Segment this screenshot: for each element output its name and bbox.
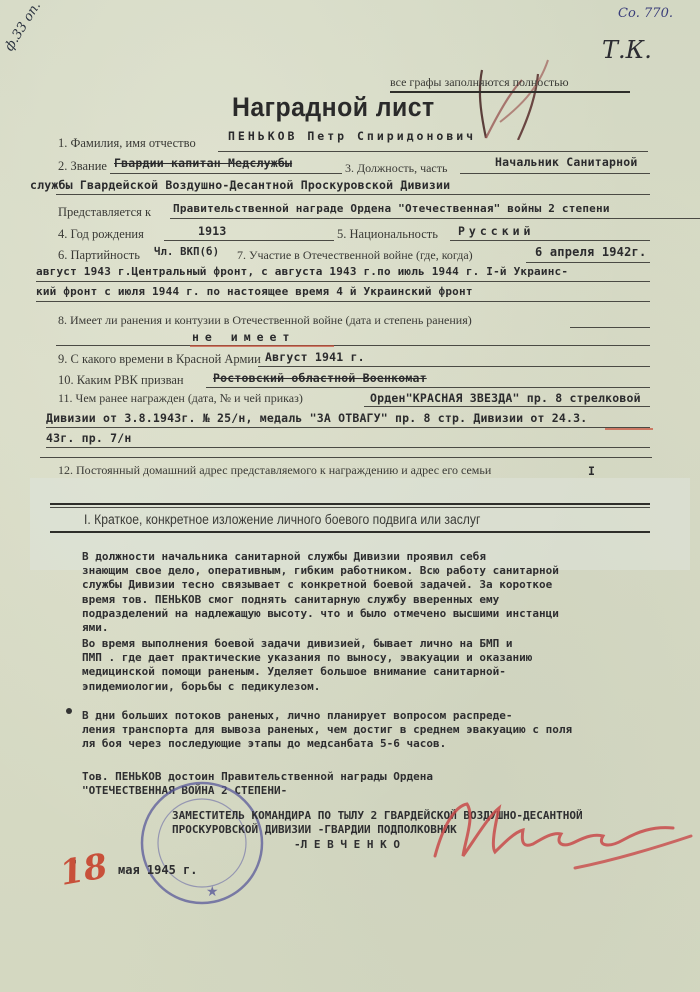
field-2-value: Гвардии капитан Медслужбы xyxy=(114,156,292,170)
field-3-label: 3. Должность, часть xyxy=(345,161,447,176)
official-stamp-icon: ★ xyxy=(136,778,268,908)
narrative-paragraph-2: Во время выполнения боевой задачи дивизи… xyxy=(82,637,532,694)
field-7-line3: кий фронт с июля 1944 г. по настоящее вр… xyxy=(36,285,473,298)
field-12-label: 12. Постоянный домашний адрес представля… xyxy=(58,463,491,478)
field-7-line-2 xyxy=(36,281,650,282)
field-1-line xyxy=(218,151,648,152)
archive-mark-top-left: ф.33 оп. xyxy=(2,0,44,54)
section-bottom-rule xyxy=(50,531,650,533)
field-11-value: Орден"КРАСНАЯ ЗВЕЗДА" пр. 8 стрелковой xyxy=(370,391,641,405)
field-5-line xyxy=(450,240,650,241)
field-8-value: не имеет xyxy=(192,330,295,344)
field-7-value: 6 апреля 1942г. xyxy=(535,245,646,259)
field-3-line-2 xyxy=(56,194,650,195)
section-top-rule-2 xyxy=(50,507,650,508)
field-2-line xyxy=(110,173,342,174)
pencil-check-mark-icon xyxy=(470,50,580,140)
field-1-label: 1. Фамилия, имя отчество xyxy=(58,136,196,151)
narrative-paragraph-1: В должности начальника санитарной службы… xyxy=(82,550,559,635)
field-10-line xyxy=(206,387,650,388)
field-3-value: Начальник Санитарной xyxy=(495,155,637,169)
field-11-line-2 xyxy=(46,427,650,428)
archive-initials: Т.К. xyxy=(602,36,652,64)
section-heading: I. Краткое, конкретное изложение личного… xyxy=(84,512,480,527)
archive-mark-top-right: Со. 770. xyxy=(618,6,673,21)
narrative-paragraph-3: В дни больших потоков раненых, лично пла… xyxy=(82,709,572,752)
field-7-label: 7. Участие в Отечественной войне (где, к… xyxy=(237,248,473,263)
svg-text:★: ★ xyxy=(206,884,219,900)
field-9-line xyxy=(258,366,650,367)
field-1-value: ПЕНЬКОВ Петр Спиридонович xyxy=(228,129,476,143)
field-5-label: 5. Национальность xyxy=(337,227,438,242)
field-7-line xyxy=(526,262,650,263)
award-sheet-page: ф.33 оп. Со. 770. Т.К. все графы заполня… xyxy=(0,0,700,992)
field-11-line2: Дивизии от 3.8.1943г. № 25/н, медаль "ЗА… xyxy=(46,411,587,425)
date-month-year: мая 1945 г. xyxy=(118,863,197,877)
field-6-value: Чл. ВКП(б) xyxy=(154,246,219,258)
field-5-value: Русский xyxy=(458,224,534,238)
signatory-title-line2: ПРОСКУРОВСКОЙ ДИВИЗИИ -ГВАРДИИ ПОДПОЛКОВ… xyxy=(172,823,457,837)
margin-dot xyxy=(66,708,72,714)
field-2-label: 2. Звание xyxy=(58,159,107,174)
field-10-label: 10. Каким РВК призван xyxy=(58,373,184,388)
presented-label: Представляется к xyxy=(58,205,151,220)
signatory-name: -Л Е В Ч Е Н К О xyxy=(294,838,400,852)
field-8-line-2 xyxy=(56,345,650,346)
section-top-rule xyxy=(50,503,650,505)
field-8-line xyxy=(570,327,650,328)
field-11-label: 11. Чем ранее награжден (дата, № и чей п… xyxy=(58,391,303,406)
presented-line xyxy=(170,218,700,219)
field-8-label: 8. Имеет ли ранения и контузии в Отечест… xyxy=(58,313,472,328)
field-7-line2: август 1943 г.Центральный фронт, с авгус… xyxy=(36,265,568,278)
field-9-value: Август 1941 г. xyxy=(265,350,365,364)
field-6-label: 6. Партийность xyxy=(58,248,140,263)
field-7-line-3 xyxy=(36,301,650,302)
red-underline-field-8 xyxy=(190,345,334,347)
field-9-label: 9. С какого времени в Красной Армии xyxy=(58,352,261,367)
page-title: Наградной лист xyxy=(232,92,435,123)
red-underline-field-11 xyxy=(605,428,653,430)
red-signature-icon xyxy=(425,786,697,876)
field-11-line xyxy=(364,406,650,407)
date-day: 18 xyxy=(57,846,111,894)
presented-value: Правительственной награде Ордена "Отечес… xyxy=(173,202,610,215)
field-3-value-cont: службы Гвардейской Воздушно-Десантной Пр… xyxy=(30,178,450,192)
instruction-text: все графы заполняются полностью xyxy=(390,75,569,90)
field-11-line-3 xyxy=(46,447,650,448)
field-12-value: I xyxy=(588,464,595,478)
field-12-top-line xyxy=(40,457,652,458)
field-4-line xyxy=(164,240,334,241)
field-4-value: 1913 xyxy=(198,224,227,238)
field-3-line xyxy=(460,173,650,174)
field-11-line3: 43г. пр. 7/н xyxy=(46,431,131,445)
field-10-value: Ростовский областной Военкомат xyxy=(213,371,427,385)
field-4-label: 4. Год рождения xyxy=(58,227,144,242)
